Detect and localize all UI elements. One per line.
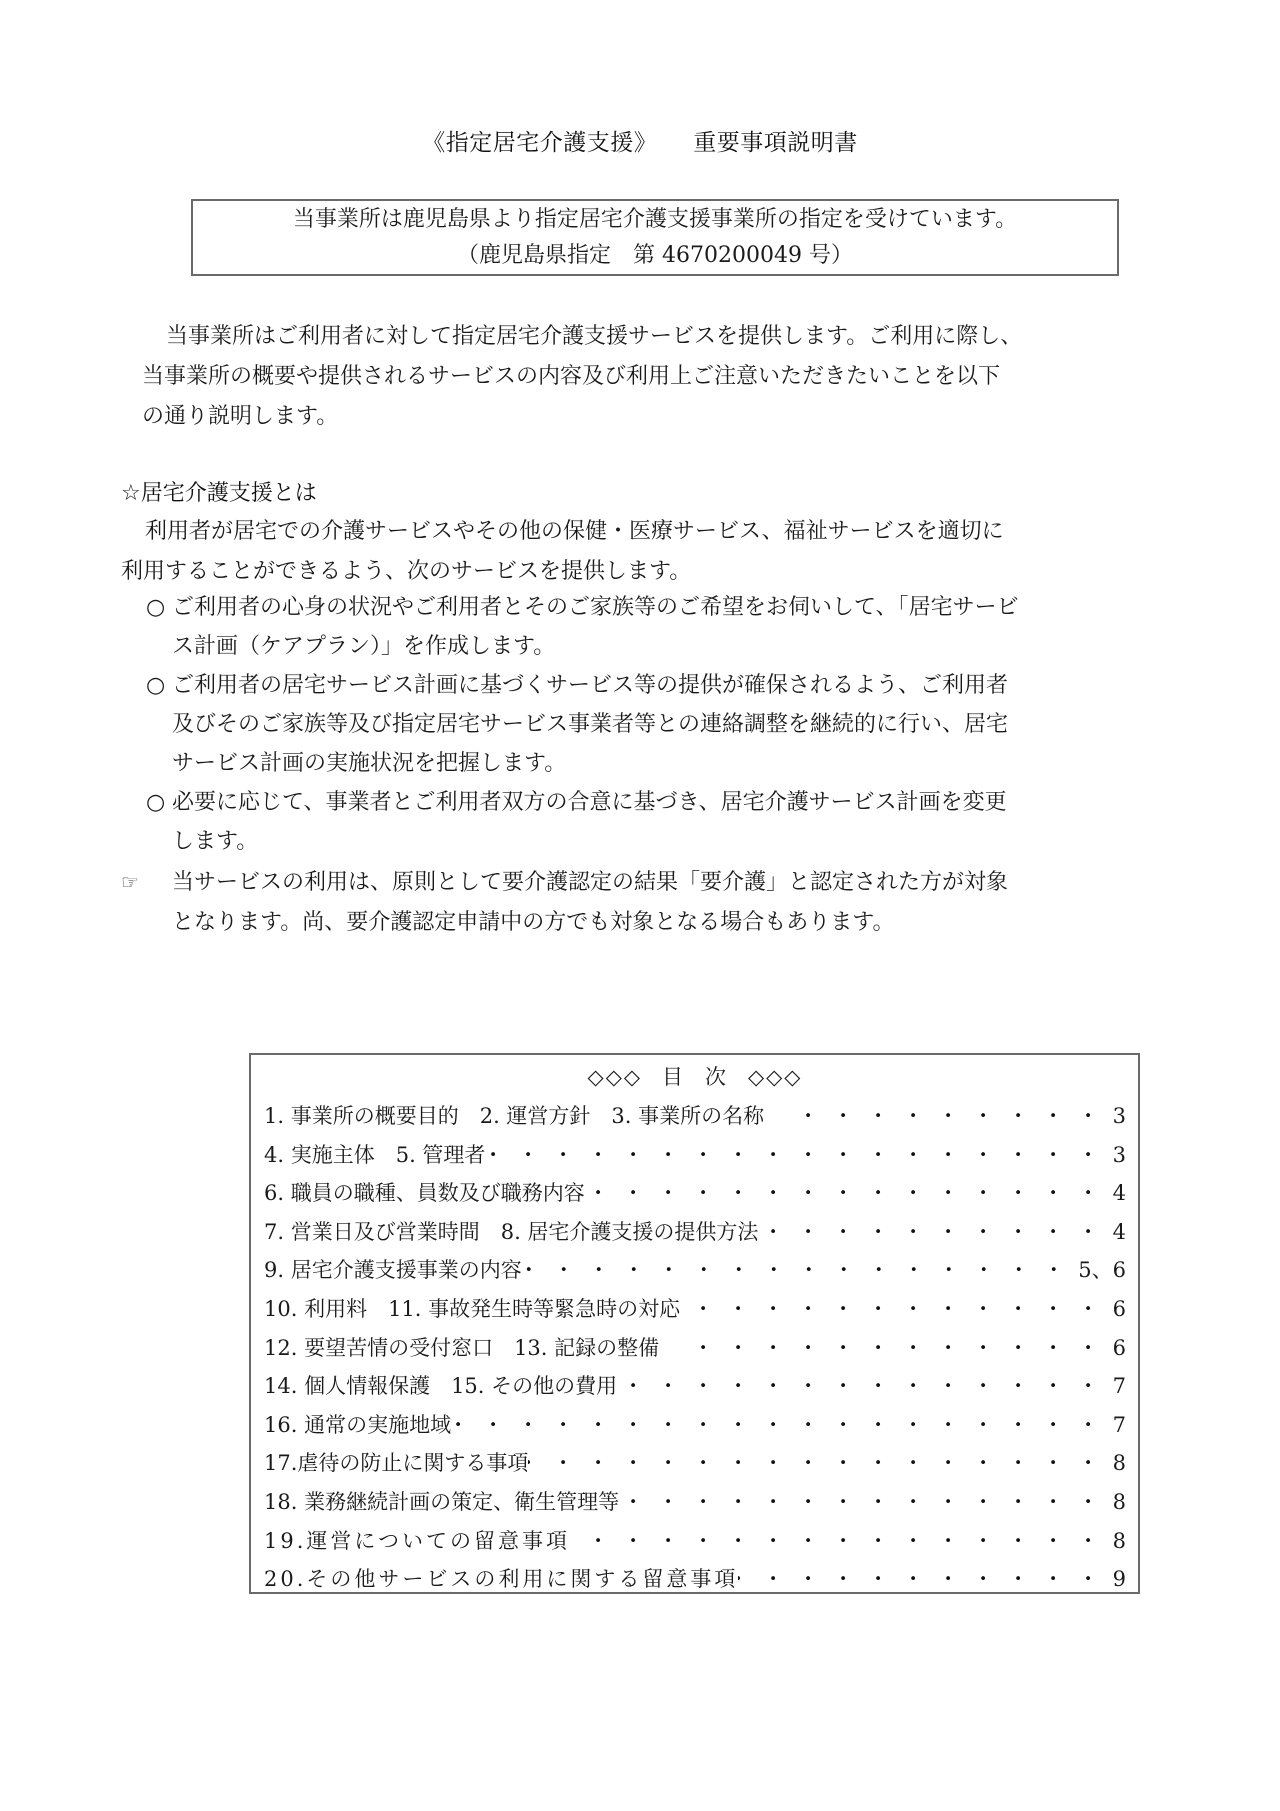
intro-line: 当事業所はご利用者に対して指定居宅介護支援サービスを提供します。ご利用に際し、 — [142, 317, 1152, 357]
toc-entry-label: 18. 業務継続計画の策定、衛生管理等 — [264, 1483, 619, 1522]
dot-leader: ・・・・・・・・・・・・・・・・・・・・・・・・・・・・・・ — [485, 1136, 1112, 1175]
toc-entry[interactable]: 19.運営についての留意事項 ・・・・・・・・・・・・・・・・・・・・・・・・・… — [264, 1522, 1126, 1561]
toc-entry-label: 14. 個人情報保護 15. その他の費用 — [264, 1367, 617, 1406]
toc-entry-page: 6 — [1113, 1329, 1126, 1368]
dot-leader: ・・・・・・・・・・・・・・・・・・・・・・・・・・・・・・ — [701, 1290, 1112, 1329]
pointing-hand-icon: ☞ — [121, 862, 172, 902]
dot-leader: ・・・・・・・・・・・・・・・・・・・・・・・・・・・・・・ — [570, 1522, 1113, 1561]
document-title-main: 重要事項説明書 — [693, 130, 858, 156]
bullet-line: 及びそのご家族等及び指定居宅サービス事業者等との連絡調整を継続的に行い、居宅 — [146, 705, 1161, 744]
toc-entry-label: 10. 利用料 11. 事故発生時等緊急時の対応 — [264, 1290, 701, 1329]
toc-entry[interactable]: 12. 要望苦情の受付窓口 13. 記録の整備 ・・・・・・・・・・・・・・・・… — [264, 1329, 1126, 1368]
toc-entry[interactable]: 9. 居宅介護支援事業の内容 ・・・・・・・・・・・・・・・・・・・・・・・・・… — [264, 1251, 1126, 1290]
toc-entry[interactable]: 18. 業務継続計画の策定、衛生管理等 ・・・・・・・・・・・・・・・・・・・・… — [264, 1483, 1126, 1522]
toc-entry-label: 20.その他サービスの利用に関する留意事項 — [264, 1560, 738, 1599]
certification-statement: 当事業所は鹿児島県より指定居宅介護支援事業所の指定を受けています。 — [193, 202, 1117, 238]
section-body-line: 利用することができるよう、次のサービスを提供します。 — [121, 552, 1161, 592]
toc-entry-page: 8 — [1113, 1444, 1126, 1483]
toc-entry-page: 3 — [1113, 1097, 1126, 1136]
toc-entry-label: 16. 通常の実施地域 — [264, 1406, 451, 1445]
intro-line: 当事業所の概要や提供されるサービスの内容及び利用上ご注意いただきたいことを以下 — [142, 357, 1152, 397]
toc-entry[interactable]: 17.虐待の防止に関する事項 ・・・・・・・・・・・・・・・・・・・・・・・・・… — [264, 1444, 1126, 1483]
toc-entry-page: 8 — [1113, 1522, 1126, 1561]
section-body: 利用者が居宅での介護サービスやその他の保健・医療サービス、福祉サービスを適切に … — [121, 512, 1161, 592]
service-bullet-care-plan: ○ご利用者の心身の状況やご利用者とそのご家族等のご希望をお伺いして、「居宅サービ… — [146, 588, 1161, 666]
toc-entry-label: 1. 事業所の概要目的 2. 運営方針 3. 事業所の名称 — [264, 1097, 785, 1136]
toc-title: ◇◇◇目次◇◇◇ — [264, 1057, 1126, 1097]
circle-bullet-icon: ○ — [146, 588, 172, 627]
dot-leader: ・・・・・・・・・・・・・・・・・・・・・・・・・・・・・・ — [451, 1406, 1113, 1445]
eligibility-note: ☞当サービスの利用は、原則として要介護認定の結果「要介護」と認定された方が対象 … — [121, 862, 1161, 943]
bullet-line: します。 — [146, 822, 1161, 861]
document-title-service: 《指定居宅介護支援》 — [422, 130, 657, 156]
bullet-line: ご利用者の居宅サービス計画に基づくサービス等の提供が確保されるよう、ご利用者 — [172, 673, 1008, 698]
diamond-decoration-icon: ◇◇◇ — [588, 1065, 642, 1089]
toc-entry-page: 7 — [1113, 1367, 1126, 1406]
bullet-line: ス計画（ケアプラン）」を作成します。 — [146, 627, 1161, 666]
toc-entry[interactable]: 6. 職員の職種、員数及び職務内容 ・・・・・・・・・・・・・・・・・・・・・・… — [264, 1174, 1126, 1213]
toc-entry-page: 6 — [1113, 1290, 1126, 1329]
dot-leader: ・・・・・・・・・・・・・・・・・・・・・・・・・・・・・・ — [585, 1174, 1113, 1213]
toc-entry[interactable]: 7. 営業日及び営業時間 8. 居宅介護支援の提供方法 ・・・・・・・・・・・・… — [264, 1213, 1126, 1252]
toc-entry-page: 3 — [1113, 1136, 1126, 1175]
toc-entry-label: 4. 実施主体 5. 管理者 — [264, 1136, 485, 1175]
toc-entry-page: 4 — [1113, 1174, 1126, 1213]
toc-entry[interactable]: 4. 実施主体 5. 管理者 ・・・・・・・・・・・・・・・・・・・・・・・・・… — [264, 1136, 1126, 1175]
dot-leader: ・・・・・・・・・・・・・・・・・・・・・・・・・・・・・・ — [738, 1560, 1112, 1599]
toc-entry[interactable]: 16. 通常の実施地域 ・・・・・・・・・・・・・・・・・・・・・・・・・・・・… — [264, 1406, 1126, 1445]
table-of-contents: ◇◇◇目次◇◇◇ 1. 事業所の概要目的 2. 運営方針 3. 事業所の名称 ・… — [249, 1053, 1140, 1594]
section-heading: ☆居宅介護支援とは — [121, 476, 317, 512]
circle-bullet-icon: ○ — [146, 783, 172, 822]
toc-entry[interactable]: 1. 事業所の概要目的 2. 運営方針 3. 事業所の名称 ・・・・・・・・・・… — [264, 1097, 1126, 1136]
toc-entry-page: 9 — [1113, 1560, 1126, 1599]
bullet-line: ご利用者の心身の状況やご利用者とそのご家族等のご希望をお伺いして、「居宅サービ — [172, 595, 1019, 620]
toc-entry-label: 6. 職員の職種、員数及び職務内容 — [264, 1174, 585, 1213]
bullet-line: 必要に応じて、事業者とご利用者双方の合意に基づき、居宅介護サービス計画を変更 — [172, 790, 1007, 815]
toc-entry-page: 5、6 — [1078, 1251, 1126, 1290]
document-title: 《指定居宅介護支援》重要事項説明書 — [0, 124, 1280, 157]
service-bullet-coordination: ○ご利用者の居宅サービス計画に基づくサービス等の提供が確保されるよう、ご利用者 … — [146, 666, 1161, 783]
toc-entry-label: 19.運営についての留意事項 — [264, 1522, 570, 1561]
section-body-line: 利用者が居宅での介護サービスやその他の保健・医療サービス、福祉サービスを適切に — [121, 512, 1161, 552]
toc-entry-label: 17.虐待の防止に関する事項 — [264, 1444, 528, 1483]
toc-title-char: 目 — [662, 1065, 685, 1089]
document-page: 《指定居宅介護支援》重要事項説明書 当事業所は鹿児島県より指定居宅介護支援事業所… — [0, 0, 1280, 1811]
toc-entry-page: 7 — [1113, 1406, 1126, 1445]
diamond-decoration-icon: ◇◇◇ — [748, 1065, 802, 1089]
toc-title-char: 次 — [705, 1065, 728, 1089]
service-bullet-plan-change: ○必要に応じて、事業者とご利用者双方の合意に基づき、居宅介護サービス計画を変更 … — [146, 783, 1161, 861]
certification-box: 当事業所は鹿児島県より指定居宅介護支援事業所の指定を受けています。 （鹿児島県指… — [191, 199, 1119, 276]
dot-leader: ・・・・・・・・・・・・・・・・・・・・・・・・・・・・・・ — [617, 1367, 1112, 1406]
note-line: 当サービスの利用は、原則として要介護認定の結果「要介護」と認定された方が対象 — [172, 870, 1008, 895]
toc-entry-label: 9. 居宅介護支援事業の内容 — [264, 1251, 522, 1290]
circle-bullet-icon: ○ — [146, 666, 172, 705]
toc-entry-label: 12. 要望苦情の受付窓口 13. 記録の整備 — [264, 1329, 680, 1368]
toc-entry-page: 8 — [1113, 1483, 1126, 1522]
toc-entry[interactable]: 20.その他サービスの利用に関する留意事項 ・・・・・・・・・・・・・・・・・・… — [264, 1560, 1126, 1599]
toc-entry-label: 7. 営業日及び営業時間 8. 居宅介護支援の提供方法 — [264, 1213, 758, 1252]
toc-entry-page: 4 — [1113, 1213, 1126, 1252]
dot-leader: ・・・・・・・・・・・・・・・・・・・・・・・・・・・・・・ — [758, 1213, 1112, 1252]
dot-leader: ・・・・・・・・・・・・・・・・・・・・・・・・・・・・・・ — [785, 1097, 1112, 1136]
dot-leader: ・・・・・・・・・・・・・・・・・・・・・・・・・・・・・・ — [680, 1329, 1112, 1368]
toc-entry[interactable]: 10. 利用料 11. 事故発生時等緊急時の対応 ・・・・・・・・・・・・・・・… — [264, 1290, 1126, 1329]
intro-paragraph: 当事業所はご利用者に対して指定居宅介護支援サービスを提供します。ご利用に際し、 … — [142, 317, 1152, 437]
intro-line: の通り説明します。 — [142, 397, 1152, 437]
dot-leader: ・・・・・・・・・・・・・・・・・・・・・・・・・・・・・・ — [528, 1444, 1112, 1483]
dot-leader: ・・・・・・・・・・・・・・・・・・・・・・・・・・・・・・ — [619, 1483, 1113, 1522]
bullet-line: サービス計画の実施状況を把握します。 — [146, 744, 1161, 783]
dot-leader: ・・・・・・・・・・・・・・・・・・・・・・・・・・・・・・ — [522, 1251, 1079, 1290]
note-line: となります。尚、要介護認定申請中の方でも対象となる場合もあります。 — [121, 903, 1161, 943]
certification-number: （鹿児島県指定 第 4670200049 号） — [193, 238, 1117, 274]
toc-entry[interactable]: 14. 個人情報保護 15. その他の費用 ・・・・・・・・・・・・・・・・・・… — [264, 1367, 1126, 1406]
